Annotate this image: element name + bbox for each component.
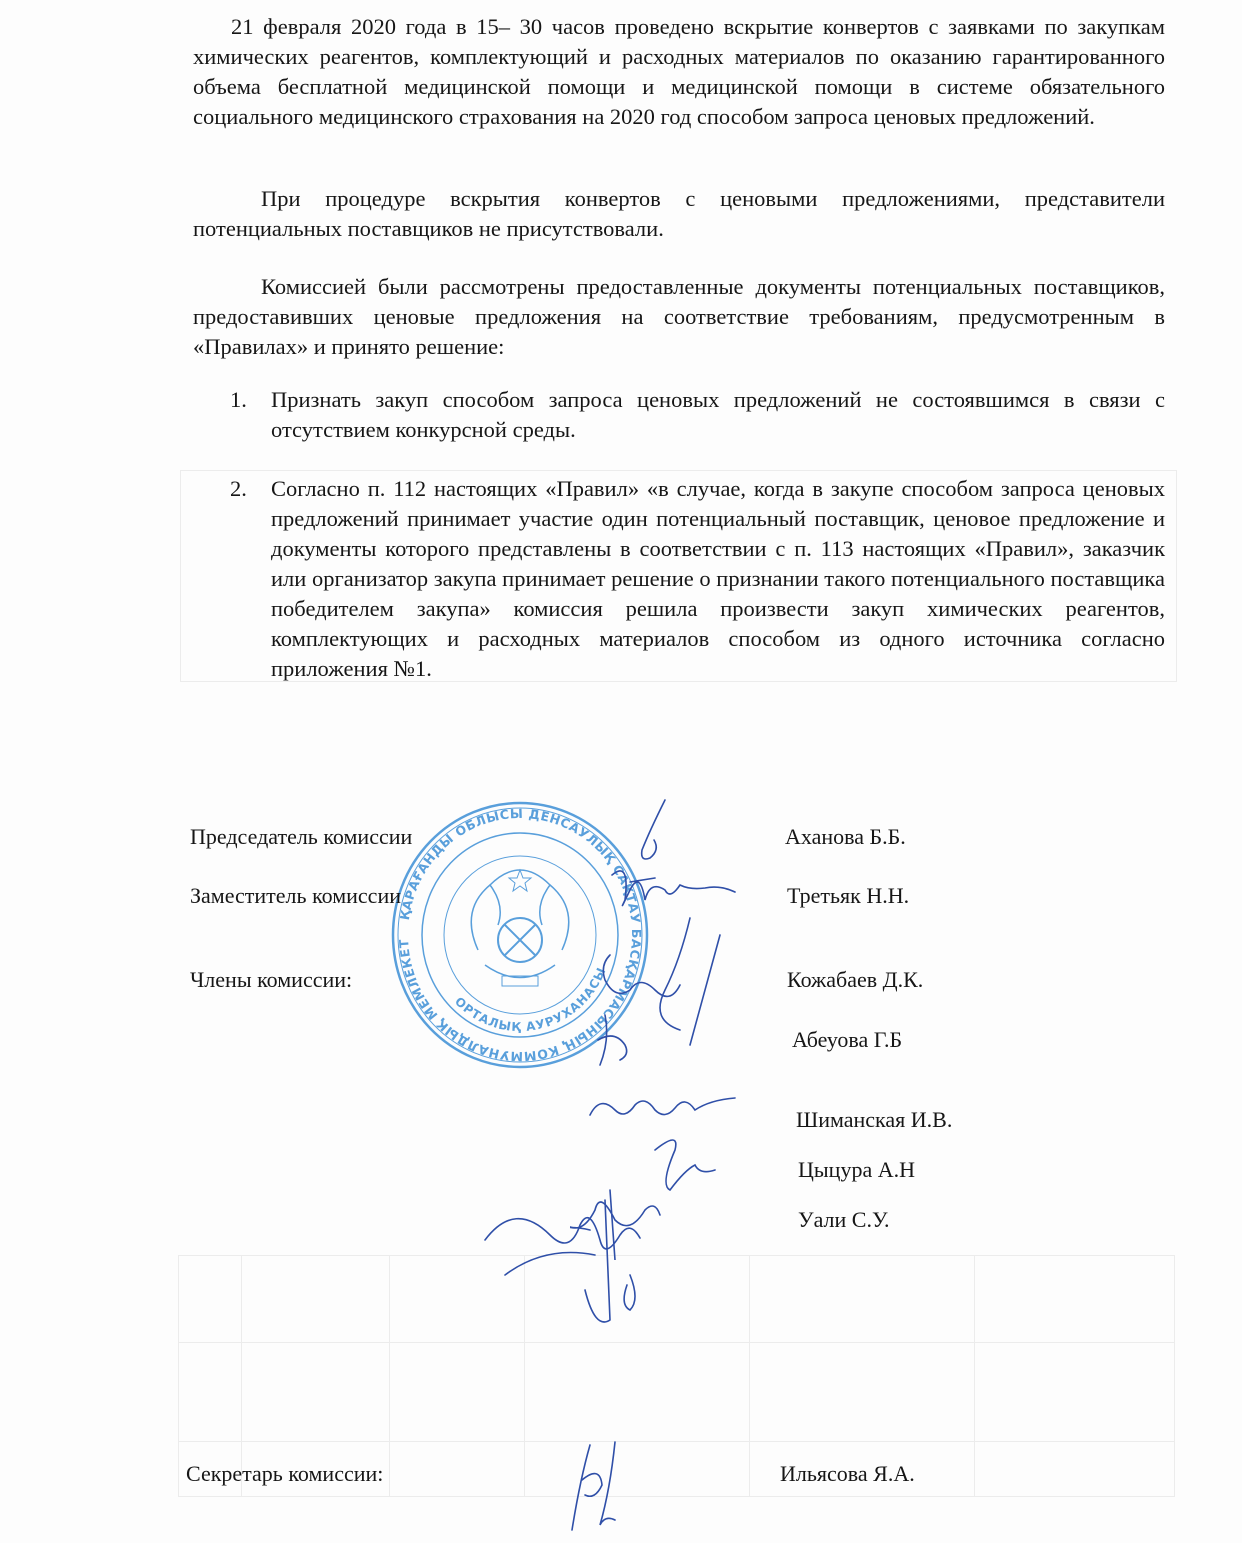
chairman-name: Аханова Б.Б.: [785, 823, 906, 851]
paragraph-review: Комиссией были рассмотрены предоставленн…: [193, 272, 1165, 362]
member-name-2: Абеуова Г.Б: [792, 1026, 902, 1054]
decision-text: Признать закуп способом запроса ценовых …: [271, 385, 1165, 445]
deputy-role: Заместитель комиссии: [190, 882, 401, 910]
decision-text: Согласно п. 112 настоящих «Правил» «в сл…: [271, 474, 1165, 684]
paragraph-attendance: При процедуре вскрытия конвертов с ценов…: [193, 184, 1165, 244]
member-name-4: Цыцура А.Н: [798, 1156, 915, 1184]
member-name-3: Шиманская И.В.: [796, 1106, 952, 1134]
paragraph-review-text: Комиссией были рассмотрены предоставленн…: [193, 274, 1165, 359]
member-name-1: Кожабаев Д.К.: [787, 966, 923, 994]
member-name-5: Уали С.У.: [798, 1206, 889, 1234]
deputy-name: Третьяк Н.Н.: [787, 882, 909, 910]
decision-number: 2.: [230, 474, 268, 504]
secretary-name: Ильясова Я.А.: [780, 1460, 915, 1488]
document-page: 21 февраля 2020 года в 15– 30 часов пров…: [0, 0, 1242, 1543]
official-stamp-icon: ҚАРАҒАНДЫ ОБЛЫСЫ ДЕНСАУЛЫҚ САҚТАУ БАСҚАР…: [390, 800, 650, 1070]
paragraph-opening: 21 февраля 2020 года в 15– 30 часов пров…: [193, 12, 1165, 132]
chairman-role: Председатель комиссии: [190, 823, 412, 851]
paragraph-opening-text: 21 февраля 2020 года в 15– 30 часов пров…: [193, 14, 1165, 129]
secretary-role: Секретарь комиссии:: [186, 1460, 383, 1488]
decision-item-2: 2. Согласно п. 112 настоящих «Правил» «в…: [230, 474, 1165, 684]
decision-item-1: 1. Признать закуп способом запроса ценов…: [230, 385, 1165, 445]
members-label: Члены комиссии:: [190, 966, 352, 994]
decision-number: 1.: [230, 385, 268, 415]
paragraph-attendance-text: При процедуре вскрытия конвертов с ценов…: [193, 186, 1165, 241]
